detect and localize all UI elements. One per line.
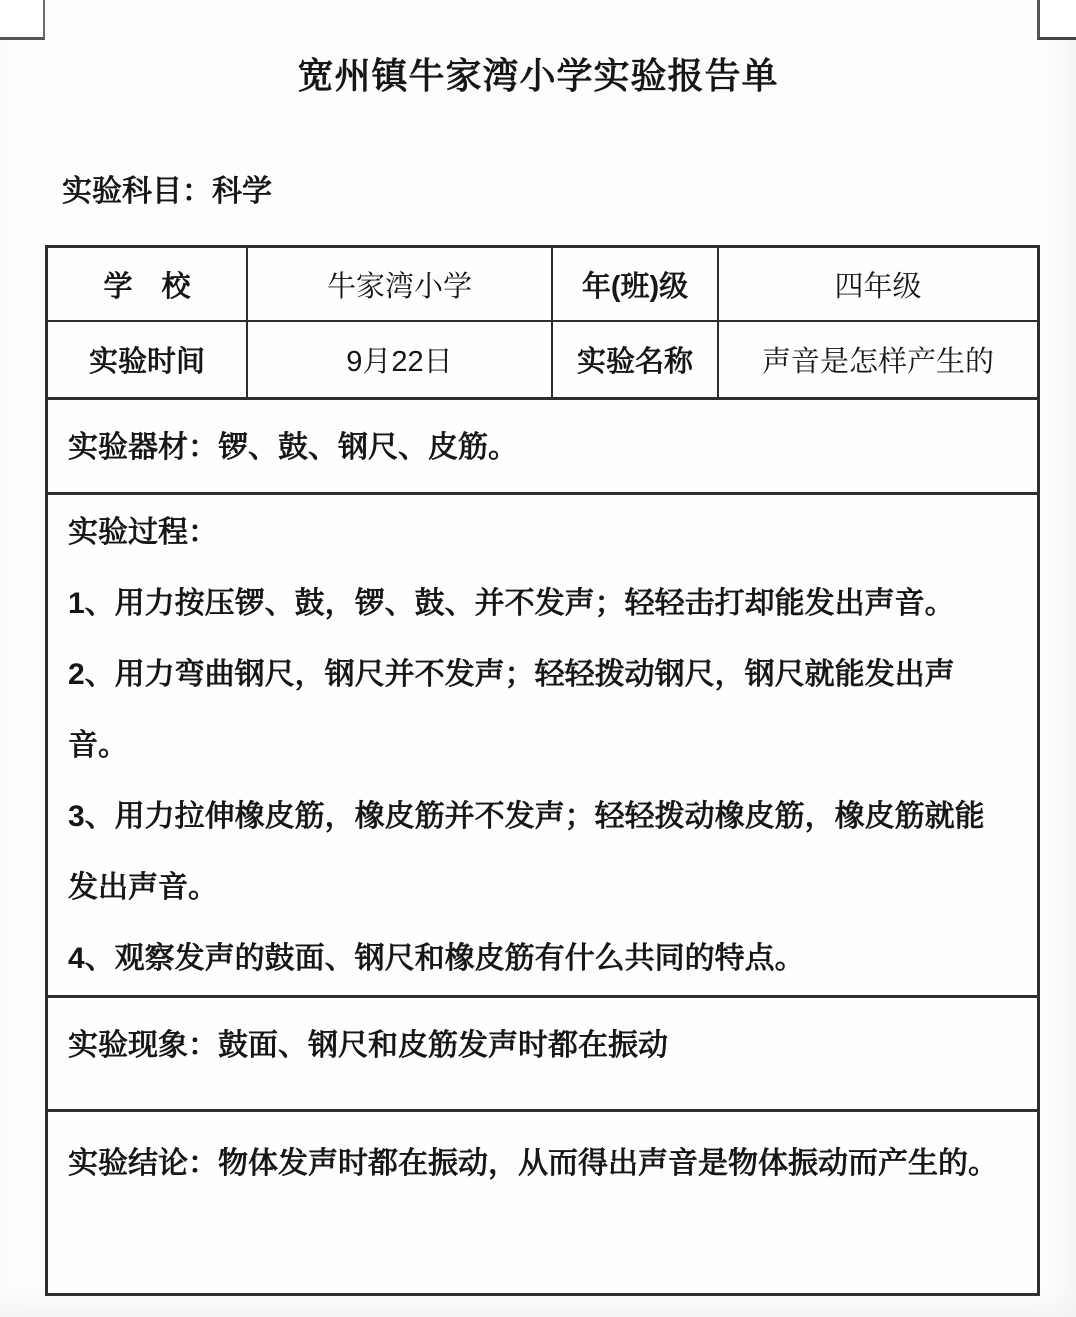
report-table: 学 校 牛家湾小学 年(班)级 四年级 实验时间 9月22日 实验名称 声音是怎… [45,245,1040,1296]
experiment-name-value: 声音是怎样产生的 [719,322,1037,397]
table-row-conclusion: 实验结论：物体发声时都在振动，从而得出声音是物体振动而产生的。 [48,1112,1037,1293]
equipment-value: 锣、鼓、钢尺、皮筋。 [218,431,518,464]
subject-label: 实验科目： [62,175,212,208]
process-step-line: 4、观察发声的鼓面、钢尺和橡皮筋有什么共同的特点。 [68,923,1019,994]
experiment-name-label: 实验名称 [553,322,719,397]
conclusion-value: 物体发声时都在振动，从而得出声音是物体振动而产生的。 [218,1147,998,1180]
experiment-report-page: 宽州镇牛家湾小学实验报告单 实验科目：科学 学 校 牛家湾小学 年(班)级 四年… [0,0,1076,1317]
scan-corner-mark-left [0,0,45,40]
phenomenon-label: 实验现象： [68,1029,218,1062]
table-row-time-name: 实验时间 9月22日 实验名称 声音是怎样产生的 [48,322,1037,400]
process-step-line: 1、用力按压锣、鼓，锣、鼓、并不发声；轻轻击打却能发出声音。 [68,568,1019,639]
experiment-time-label: 实验时间 [48,322,248,397]
subject-line: 实验科目：科学 [62,166,272,210]
process-label: 实验过程： [68,497,1019,568]
scan-corner-mark-right [1037,0,1076,40]
experiment-time-value: 9月22日 [248,322,553,397]
table-row-process: 实验过程： 1、用力按压锣、鼓，锣、鼓、并不发声；轻轻击打却能发出声音。 2、用… [48,495,1037,998]
process-step-line: 3、用力拉伸橡皮筋，橡皮筋并不发声；轻轻拨动橡皮筋，橡皮筋就能 [68,781,1019,852]
table-row-phenomenon: 实验现象：鼓面、钢尺和皮筋发声时都在振动 [48,998,1037,1112]
table-row-equipment: 实验器材：锣、鼓、钢尺、皮筋。 [48,400,1037,495]
grade-label: 年(班)级 [553,248,719,320]
phenomenon-value: 鼓面、钢尺和皮筋发声时都在振动 [218,1029,668,1062]
school-label: 学 校 [48,248,248,320]
process-step-line: 发出声音。 [68,852,1019,923]
process-step-line: 2、用力弯曲钢尺，钢尺并不发声；轻轻拨动钢尺，钢尺就能发出声 [68,639,1019,710]
grade-value: 四年级 [719,248,1037,320]
conclusion-label: 实验结论： [68,1147,218,1180]
subject-value: 科学 [212,175,272,208]
school-value: 牛家湾小学 [248,248,553,320]
equipment-label: 实验器材： [68,431,218,464]
table-row-school-grade: 学 校 牛家湾小学 年(班)级 四年级 [48,248,1037,322]
page-title: 宽州镇牛家湾小学实验报告单 [0,48,1076,99]
process-step-line: 音。 [68,710,1019,781]
